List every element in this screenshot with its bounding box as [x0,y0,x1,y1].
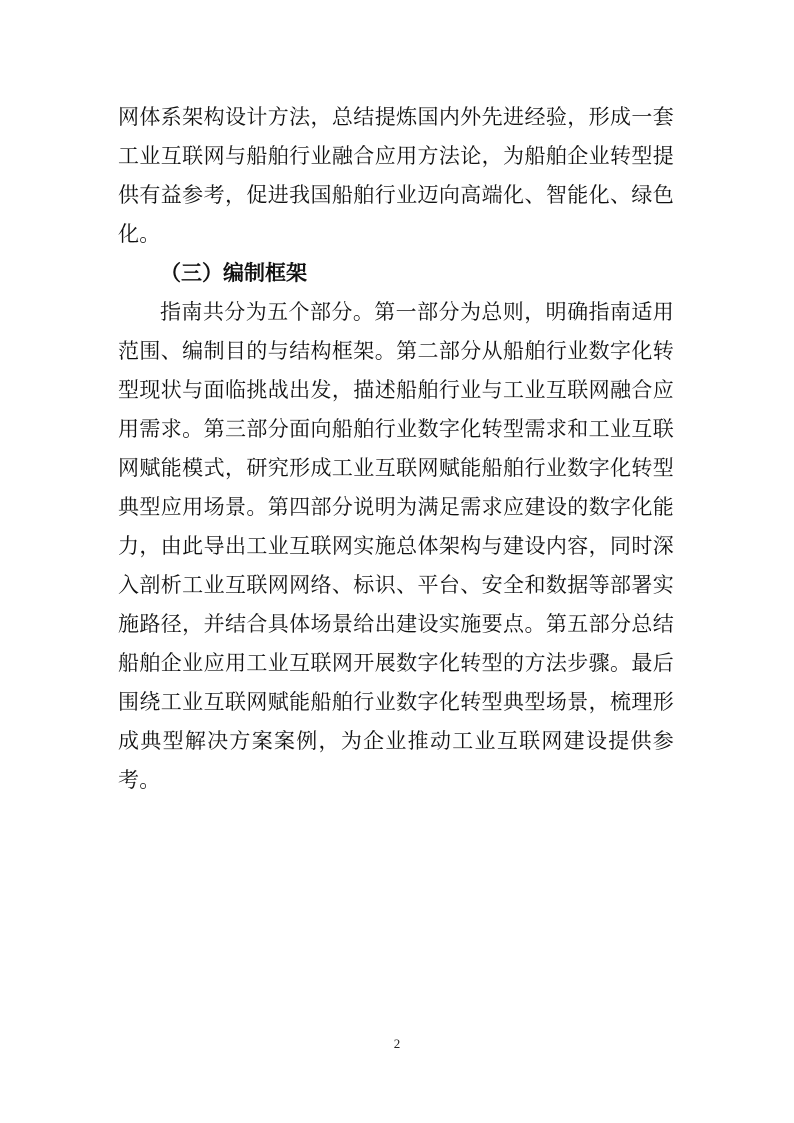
body-paragraph-continued: 网体系架构设计方法，总结提炼国内外先进经验，形成一套工业互联网与船舶行业融合应用… [118,98,674,254]
document-page: 网体系架构设计方法，总结提炼国内外先进经验，形成一套工业互联网与船舶行业融合应用… [118,98,674,800]
page-number: 2 [0,1036,794,1052]
section-heading: （三）编制框架 [118,254,674,293]
body-paragraph-framework: 指南共分为五个部分。第一部分为总则，明确指南适用范围、编制目的与结构框架。第二部… [118,293,674,800]
